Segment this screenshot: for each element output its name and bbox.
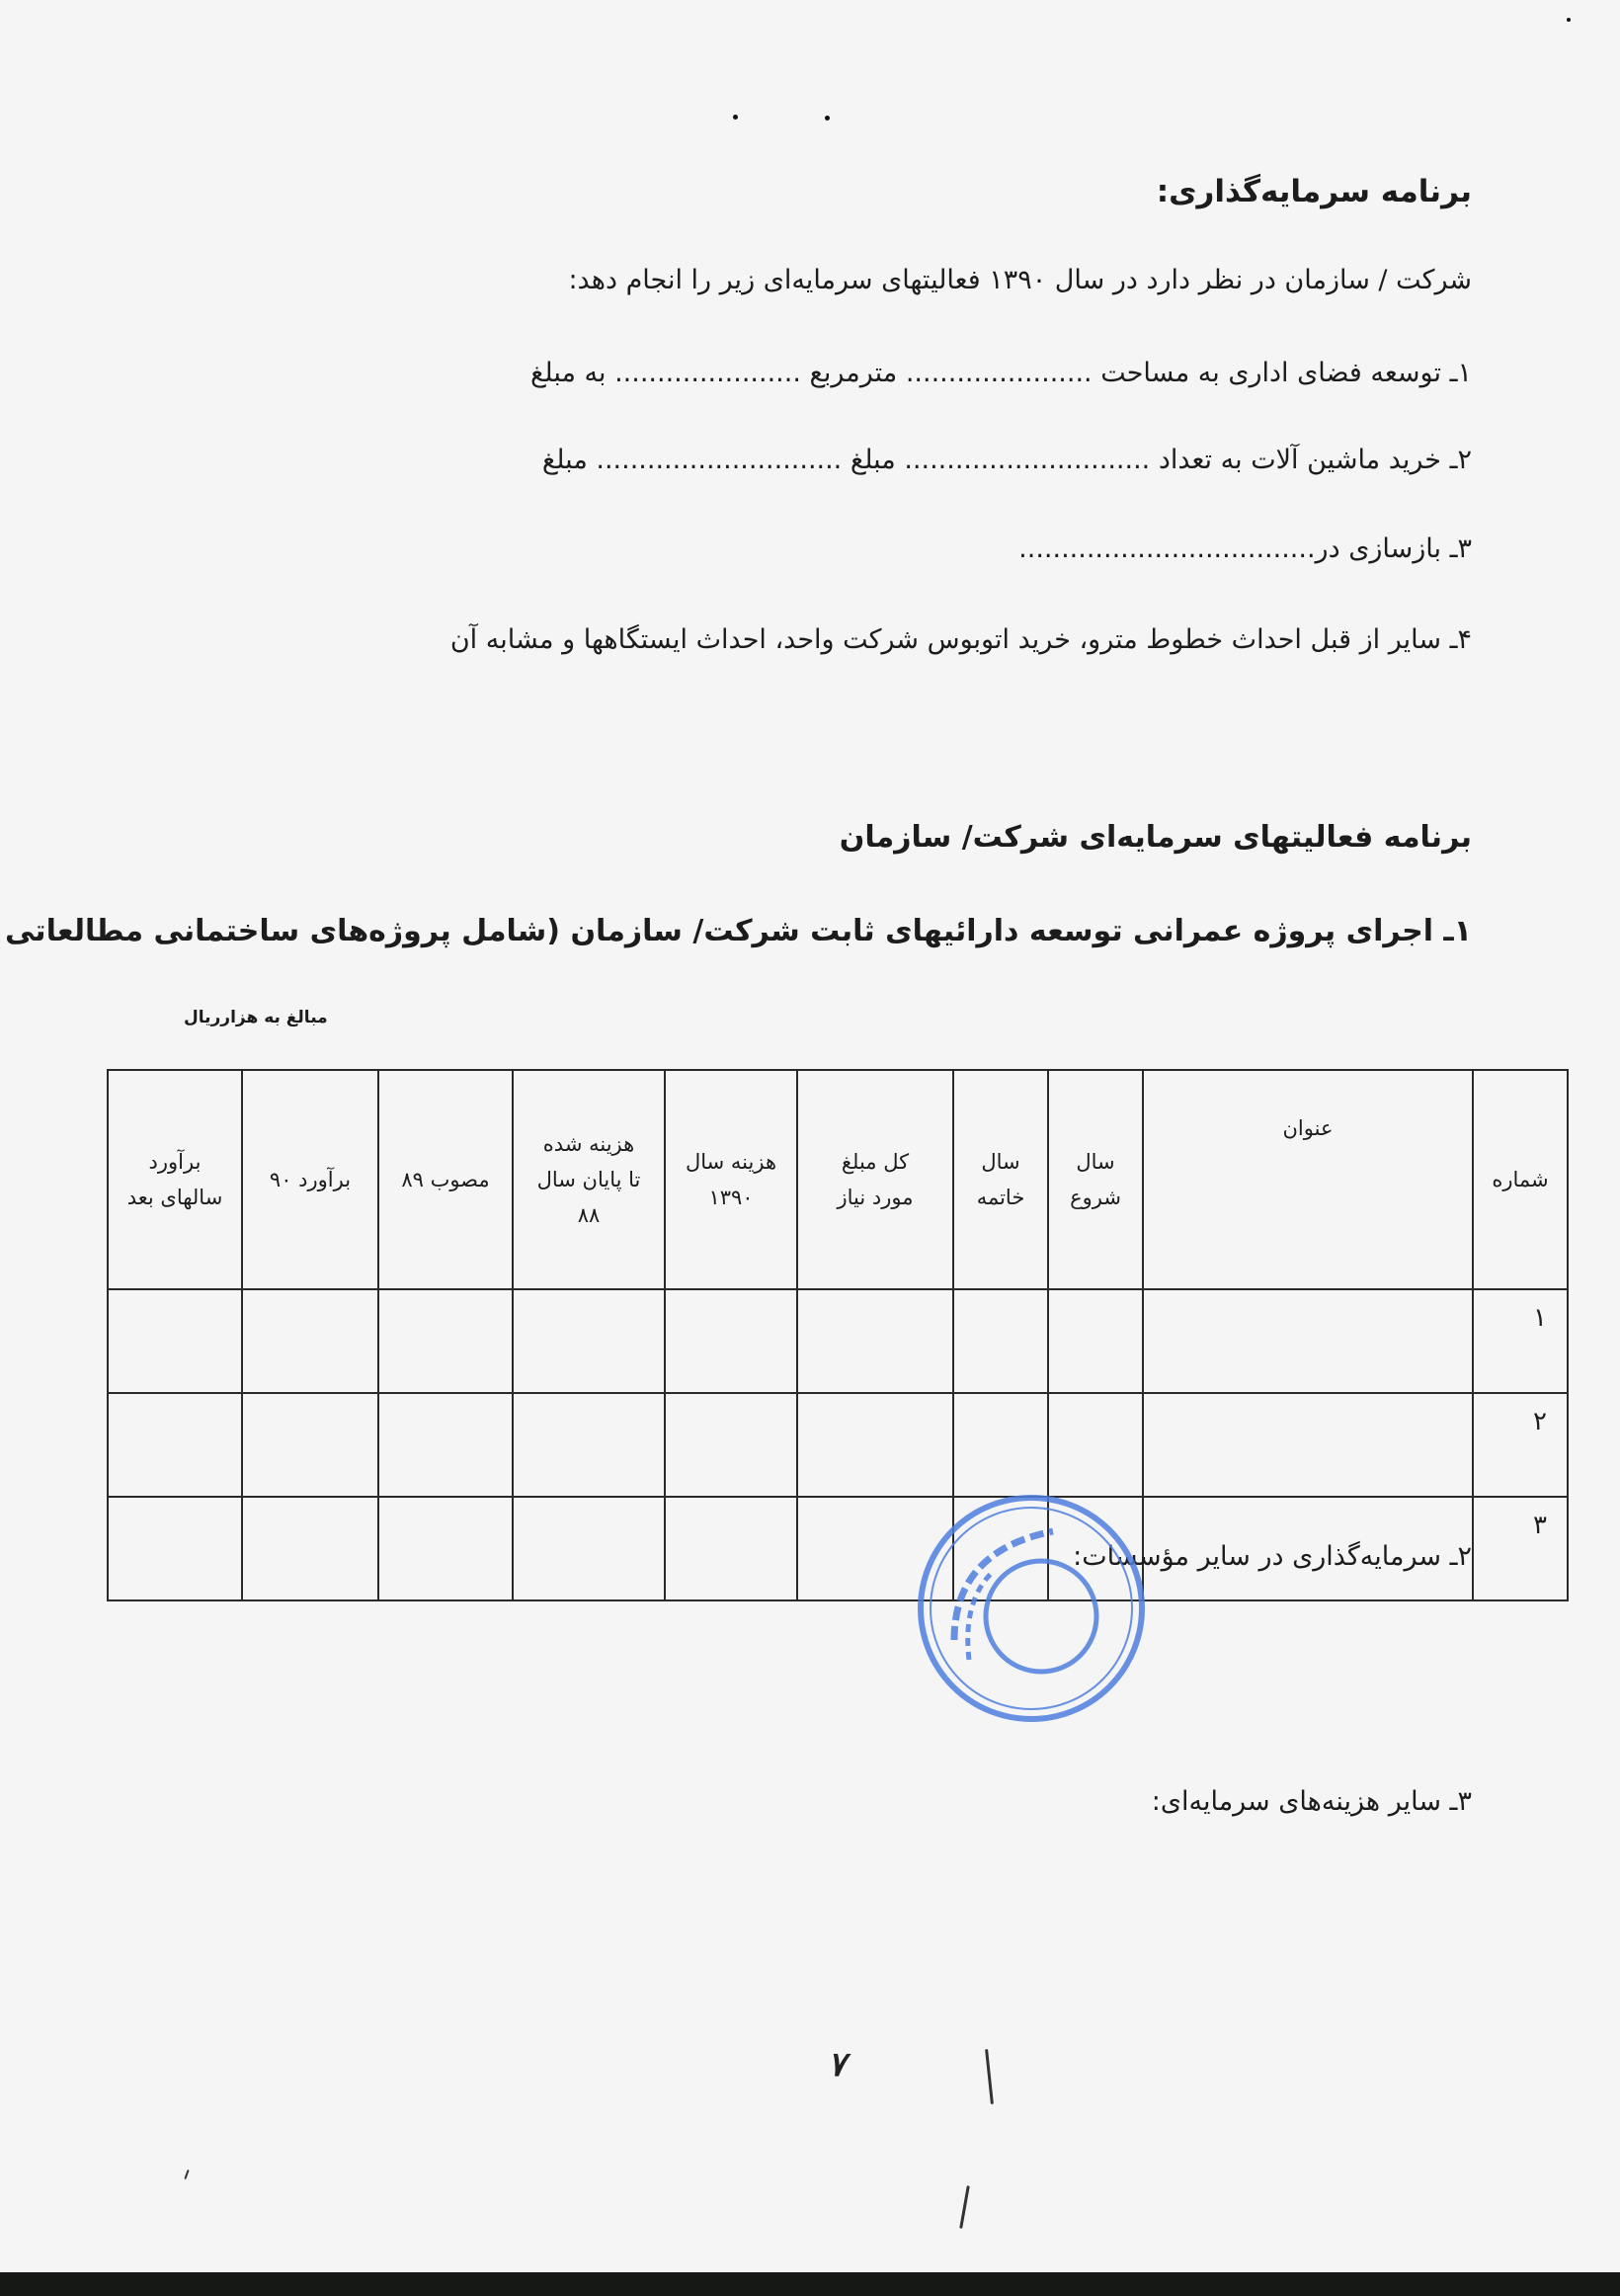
cell-approved-89[interactable] xyxy=(378,1497,513,1600)
cell-estimate-90[interactable] xyxy=(242,1393,378,1497)
cell-estimate-later[interactable] xyxy=(108,1497,242,1600)
scanned-page: برنامه سرمایه‌گذاری: شرکت / سازمان در نظ… xyxy=(0,0,1620,2272)
cell-title[interactable] xyxy=(1143,1289,1473,1393)
cell-spent-to-88[interactable] xyxy=(513,1497,665,1600)
page-heading: برنامه سرمایه‌گذاری: xyxy=(1157,174,1472,209)
official-stamp-icon xyxy=(915,1492,1148,1725)
list-item-machinery: ۲ـ خرید ماشین آلات به تعداد ............… xyxy=(542,445,1472,475)
header-spent-to-88: هزینه شدهتا پایان سال۸۸ xyxy=(513,1070,665,1289)
cell-spent-to-88[interactable] xyxy=(513,1289,665,1393)
cell-start-year[interactable] xyxy=(1048,1393,1143,1497)
cell-estimate-later[interactable] xyxy=(108,1289,242,1393)
cell-end-year[interactable] xyxy=(953,1289,1048,1393)
cell-cost-1390[interactable] xyxy=(665,1289,797,1393)
cell-title[interactable] xyxy=(1143,1393,1473,1497)
list-item-renovation: ۳ـ بازسازی در...........................… xyxy=(1018,533,1472,564)
table-header-row: شماره عنوان سالشروع سالخاتمه کل مبلغمورد… xyxy=(108,1070,1568,1289)
header-approved-89: مصوب ۸۹ xyxy=(378,1070,513,1289)
scan-speck xyxy=(825,116,830,121)
header-end-year: سالخاتمه xyxy=(953,1070,1048,1289)
row-number: ۲ xyxy=(1473,1393,1568,1497)
cell-total-amount[interactable] xyxy=(797,1393,953,1497)
subsection-1-title: ۱ـ اجرای پروژه عمرانی توسعه دارائیهای ثا… xyxy=(0,914,1472,948)
page-number: ۷ xyxy=(828,2045,846,2085)
header-start-year: سالشروع xyxy=(1048,1070,1143,1289)
scan-mark xyxy=(184,2170,189,2179)
scan-edge xyxy=(0,2272,1620,2296)
table-row: ۲ xyxy=(108,1393,1568,1497)
header-cost-1390: هزینه سال۱۳۹۰ xyxy=(665,1070,797,1289)
section-title: برنامه فعالیتهای سرمایه‌ای شرکت/ سازمان xyxy=(840,820,1472,855)
cell-total-amount[interactable] xyxy=(797,1289,953,1393)
cell-cost-1390[interactable] xyxy=(665,1393,797,1497)
cell-estimate-90[interactable] xyxy=(242,1289,378,1393)
scan-speck xyxy=(1567,18,1571,22)
header-estimate-later: برآوردسالهای بعد xyxy=(108,1070,242,1289)
row-number: ۱ xyxy=(1473,1289,1568,1393)
scan-speck xyxy=(733,115,738,120)
cell-spent-to-88[interactable] xyxy=(513,1393,665,1497)
row-number: ۳ xyxy=(1473,1497,1568,1600)
projects-table: شماره عنوان سالشروع سالخاتمه کل مبلغمورد… xyxy=(107,1069,1569,1601)
scan-mark xyxy=(985,2049,994,2104)
header-number: شماره xyxy=(1473,1070,1568,1289)
header-title: عنوان xyxy=(1143,1070,1473,1289)
list-item-office-space: ۱ـ توسعه فضای اداری به مساحت ...........… xyxy=(530,358,1472,388)
unit-note: مبالغ به هزارریال xyxy=(184,1008,328,1027)
cell-estimate-later[interactable] xyxy=(108,1393,242,1497)
subsection-3-title: ۳ـ سایر هزینه‌های سرمایه‌ای: xyxy=(1152,1786,1472,1817)
header-estimate-90: برآورد ۹۰ xyxy=(242,1070,378,1289)
cell-approved-89[interactable] xyxy=(378,1289,513,1393)
list-item-other: ۴ـ سایر از قبل احداث خطوط مترو، خرید اتو… xyxy=(450,624,1472,655)
intro-text: شرکت / سازمان در نظر دارد در سال ۱۳۹۰ فع… xyxy=(568,265,1472,295)
cell-approved-89[interactable] xyxy=(378,1393,513,1497)
header-total-amount: کل مبلغمورد نیاز xyxy=(797,1070,953,1289)
cell-end-year[interactable] xyxy=(953,1393,1048,1497)
cell-estimate-90[interactable] xyxy=(242,1497,378,1600)
scan-mark xyxy=(959,2185,970,2229)
table-row: ۱ xyxy=(108,1289,1568,1393)
cell-start-year[interactable] xyxy=(1048,1289,1143,1393)
cell-cost-1390[interactable] xyxy=(665,1497,797,1600)
